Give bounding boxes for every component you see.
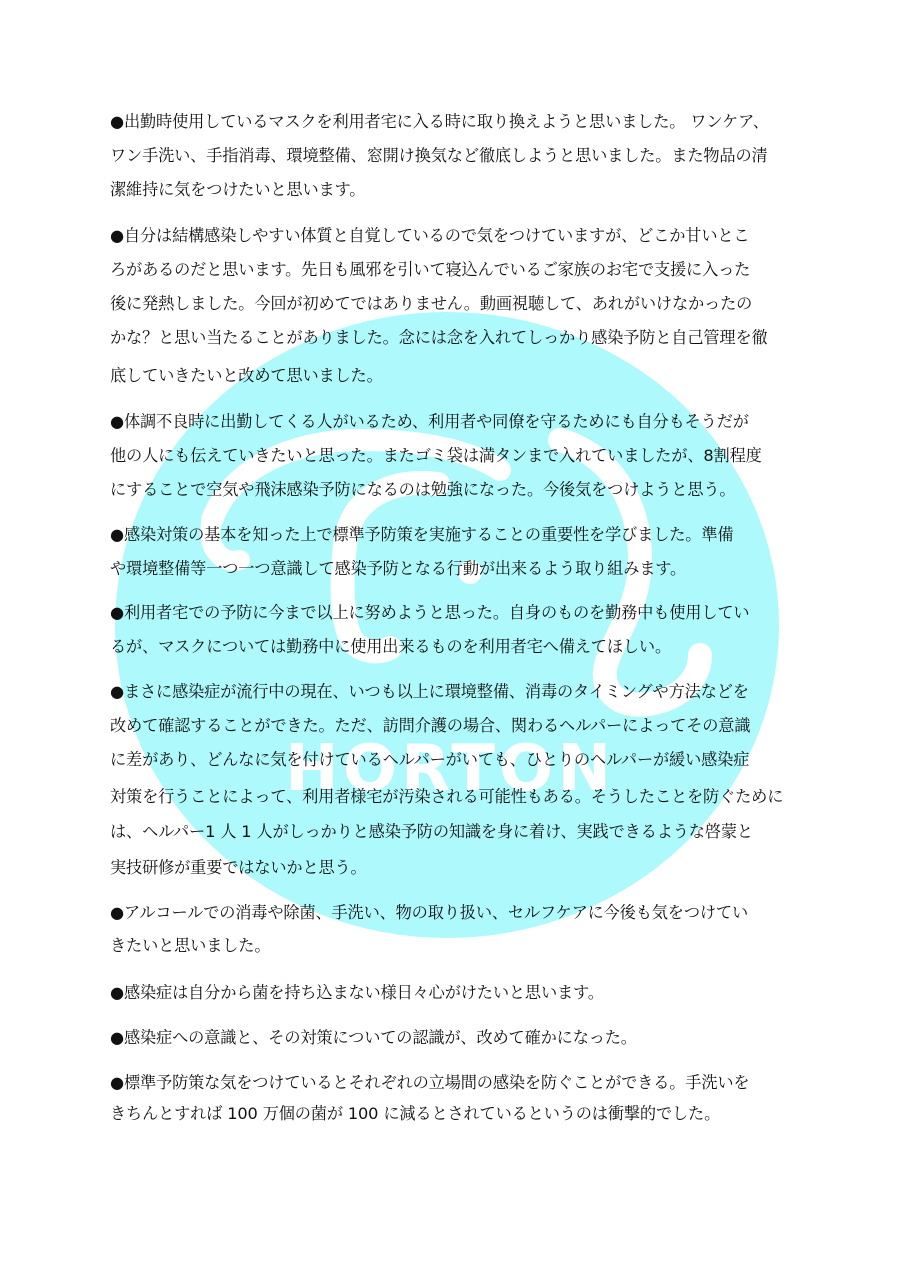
paragraph-3-line-3: にすることで空気や飛沫感染予防になるのは勉強になった。今後気をつけようと思う。	[110, 480, 810, 500]
paragraph-3-line-1: ●体調不良時に出勤してくる人がいるため、利用者や同僚を守るためにも自分もそうだが	[110, 412, 810, 432]
paragraph-8-line-1: ●感染症は自分から菌を持ち込まない様日々心がけたいと思います。	[110, 983, 810, 1003]
paragraph-2-line-3: 後に発熱しました。今回が初めてではありません。動画視聴して、あれがいけなかったの	[110, 294, 810, 314]
paragraph-2-line-4: かな？と思い当たることがありました。念には念を入れてしっかり感染予防と自己管理を…	[110, 328, 810, 348]
paragraph-6-line-2: 改めて確認することができた。ただ、訪問介護の場合、関わるヘルパーによってその意識	[110, 716, 810, 736]
paragraph-2-line-5: 底していきたいと改めて思いました。	[110, 366, 810, 386]
paragraph-6-line-1: ●まさに感染症が流行中の現在、いつも以上に環境整備、消毒のタイミングや方法などを	[110, 682, 810, 702]
paragraph-1-line-3: 潔維持に気をつけたいと思います。	[110, 180, 810, 200]
paragraph-5-line-1: ●利用者宅での予防に今まで以上に努めようと思った。自身のものを勤務中も使用してい	[110, 603, 810, 623]
paragraph-6-line-5: は、ヘルパー1 人 1 人がしっかりと感染予防の知識を身に着け、実践できるような…	[110, 822, 810, 842]
paragraph-5-line-2: るが、マスクについては勤務中に使用出来るものを利用者宅へ備えてほしい。	[110, 637, 810, 657]
paragraph-4-line-2: や環境整備等一つ一つ意識して感染予防となる行動が出来るよう取り組みます。	[110, 559, 810, 579]
paragraph-6-line-4: 対策を行うことによって、利用者様宅が汚染される可能性もある。そうしたことを防ぐた…	[110, 787, 810, 807]
paragraph-6-line-6: 実技研修が重要ではないかと思う。	[110, 858, 810, 878]
paragraph-9-line-1: ●感染症への意識と、その対策についての認識が、改めて確かになった。	[110, 1028, 810, 1048]
paragraph-7-line-2: きたいと思いました。	[110, 936, 810, 956]
document-page: HORTON ●出勤時使用しているマスクを利用者宅に入る時に取り換えようと思いま…	[0, 0, 905, 1280]
paragraph-4-line-1: ●感染対策の基本を知った上で標準予防策を実施することの重要性を学びました。準備	[110, 525, 810, 545]
paragraph-3-line-2: 他の人にも伝えていきたいと思った。またゴミ袋は満タンまで入れていましたが、8割程…	[110, 446, 810, 466]
paragraph-6-line-3: に差があり、どんなに気を付けているヘルパーがいても、ひとりのヘルパーが緩い感染症	[110, 750, 810, 770]
paragraph-7-line-1: ●アルコールでの消毒や除菌、手洗い、物の取り扱い、セルフケアに今後も気をつけてい	[110, 903, 810, 923]
document-body: ●出勤時使用しているマスクを利用者宅に入る時に取り換えようと思いました。 ワンケ…	[0, 0, 905, 1280]
paragraph-10-line-2: きちんとすれば 100 万個の菌が 100 に減るとされているというのは衝撃的で…	[110, 1104, 810, 1124]
paragraph-10-line-1: ●標準予防策な気をつけているとそれぞれの立場間の感染を防ぐことができる。手洗いを	[110, 1073, 810, 1093]
paragraph-2-line-1: ●自分は結構感染しやすい体質と自覚しているので気をつけていますが、どこか甘いとこ	[110, 226, 810, 246]
paragraph-1-line-2: ワン手洗い、手指消毒、環境整備、窓開け換気など徹底しようと思いました。また物品の…	[110, 146, 810, 166]
paragraph-2-line-2: ろがあるのだと思います。先日も風邪を引いて寝込んでいるご家族のお宅で支援に入った	[110, 260, 810, 280]
paragraph-1-line-1: ●出勤時使用しているマスクを利用者宅に入る時に取り換えようと思いました。 ワンケ…	[110, 112, 810, 132]
